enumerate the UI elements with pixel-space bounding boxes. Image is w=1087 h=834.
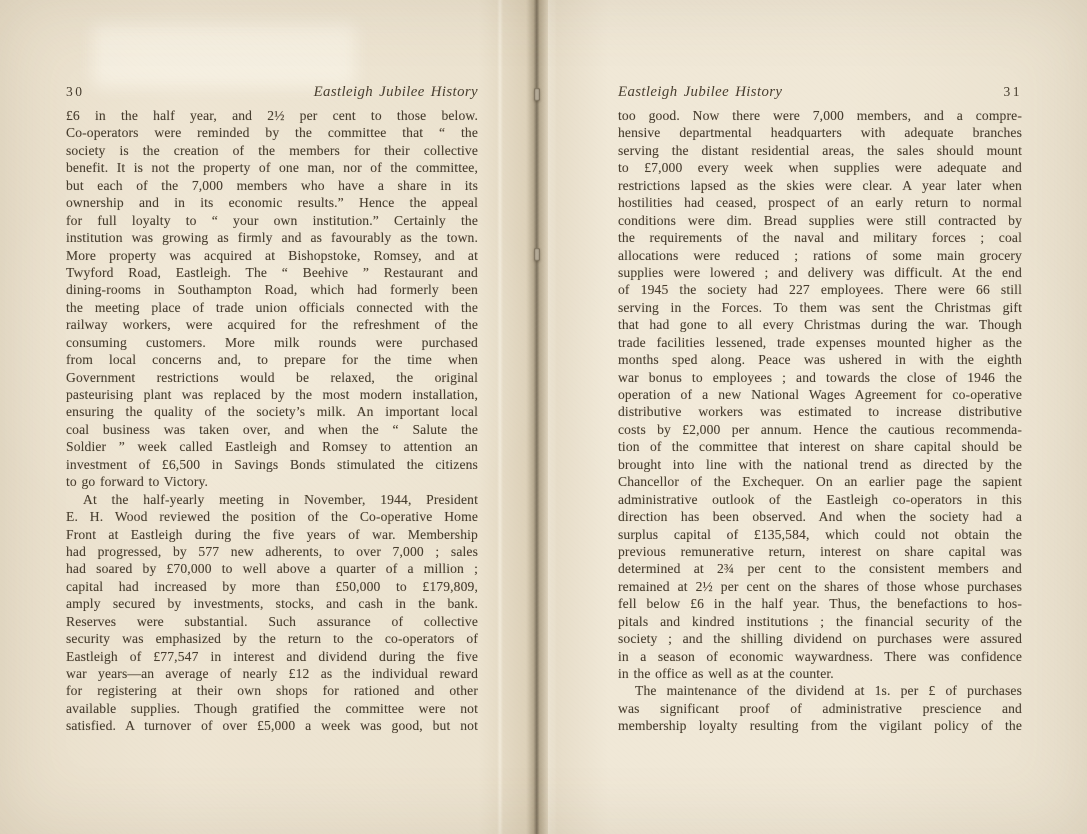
text-line: available supplies. Though gratified the… (66, 700, 478, 717)
text-line: E. H. Wood reviewed the position of the … (66, 508, 478, 525)
text-line: society is the creation of the members f… (66, 142, 478, 159)
text-line: ownership and in its economic results.” … (66, 194, 478, 211)
text-line: benefit. It is not the property of one m… (66, 159, 478, 176)
text-line: security was emphasized by the return to… (66, 630, 478, 647)
text-line: distributive workers was estimated to in… (618, 403, 1022, 420)
staple-mark-middle (534, 248, 540, 261)
text-line: Front at Eastleigh during the five years… (66, 526, 478, 543)
running-title-right: Eastleigh Jubilee History (618, 84, 782, 101)
text-line: capital had increased by more than £50,0… (66, 578, 478, 595)
page-number-right: 31 (1004, 84, 1023, 100)
text-line: to go forward to Victory. (66, 473, 478, 490)
text-line: coal business was taken over, and when t… (66, 421, 478, 438)
text-line: Chancellor of the Exchequer. On an earli… (618, 473, 1022, 490)
text-line: that had gone to all every Christmas dur… (618, 316, 1022, 333)
text-line: £6 in the half year, and 2½ per cent to … (66, 107, 478, 124)
text-line: ensuring the quality of the society’s mi… (66, 403, 478, 420)
text-line: serving the distant residential areas, t… (618, 142, 1022, 159)
page-crease-left (497, 0, 503, 834)
text-line: for full loyalty to “ your own instituti… (66, 212, 478, 229)
running-title-left: Eastleigh Jubilee History (314, 84, 478, 101)
text-line: hostilities had ceased, prospect of an e… (618, 194, 1022, 211)
book-spine-shadow (526, 0, 548, 834)
text-line: institution was growing as firmly and as… (66, 229, 478, 246)
text-line: in the office as well as at the counter. (618, 665, 1022, 682)
text-line: fell below £6 in the half year. Thus, th… (618, 595, 1022, 612)
text-line: the requirements of the naval and milita… (618, 229, 1022, 246)
text-line: pitals and kindred institutions ; the fi… (618, 613, 1022, 630)
text-line: determined at 2¾ per cent to the consist… (618, 560, 1022, 577)
text-line: consuming customers. More milk rounds we… (66, 334, 478, 351)
text-line: railway workers, were acquired for the r… (66, 316, 478, 333)
text-line: brought into line with the national tren… (618, 456, 1022, 473)
text-line: tion of the committee that interest on s… (618, 438, 1022, 455)
text-line: of 1945 the society had 227 employees. T… (618, 281, 1022, 298)
text-line: previous remunerative return, interest o… (618, 543, 1022, 560)
text-line: administrative outlook of the Eastleigh … (618, 491, 1022, 508)
text-line: hensive departmental headquarters with a… (618, 124, 1022, 141)
text-line: remained at 2½ per cent on the shares of… (618, 578, 1022, 595)
text-line: membership loyalty resulting from the vi… (618, 717, 1022, 734)
text-line: had soared by £70,000 to well above a qu… (66, 560, 478, 577)
text-line: More property was acquired at Bishopstok… (66, 247, 478, 264)
text-line: society ; and the shilling dividend on p… (618, 630, 1022, 647)
text-line: Twyford Road, Eastleigh. The “ Beehive ”… (66, 264, 478, 281)
page-right: Eastleigh Jubilee History 31 too good. N… (548, 0, 1087, 834)
book-scan: 30 Eastleigh Jubilee History £6 in the h… (0, 0, 1087, 834)
text-line: surplus capital of £135,584, which could… (618, 526, 1022, 543)
text-line: serving in the Forces. To them was sent … (618, 299, 1022, 316)
staple-mark-top (534, 88, 540, 101)
text-line: Soldier ” week called Eastleigh and Roms… (66, 438, 478, 455)
text-line: restrictions lapsed as the skies were cl… (618, 177, 1022, 194)
text-line: investment of £6,500 in Savings Bonds st… (66, 456, 478, 473)
text-line: satisfied. A turnover of over £5,000 a w… (66, 717, 478, 734)
text-line: conditions were dim. Bread supplies were… (618, 212, 1022, 229)
text-line: Eastleigh of £77,547 in interest and div… (66, 648, 478, 665)
text-line: pasteurising plant was replaced by the m… (66, 386, 478, 403)
text-line: operation of a new National Wages Agreem… (618, 386, 1022, 403)
running-head-left: 30 Eastleigh Jubilee History (66, 84, 478, 101)
text-line: too good. Now there were 7,000 members, … (618, 107, 1022, 124)
text-line: amply secured by investments, stocks, an… (66, 595, 478, 612)
page-number-left: 30 (66, 84, 85, 100)
text-line: was significant proof of administrative … (618, 700, 1022, 717)
text-line: had progressed, by 577 new adherents, to… (66, 543, 478, 560)
text-line: the meeting place of trade union officia… (66, 299, 478, 316)
text-line: supplies were lowered ; and delivery was… (618, 264, 1022, 281)
page-left: 30 Eastleigh Jubilee History £6 in the h… (0, 0, 527, 834)
text-line: direction has been observed. And when th… (618, 508, 1022, 525)
text-line: trade facilities lessened, trade expense… (618, 334, 1022, 351)
text-line: dining-rooms in Southampton Road, which … (66, 281, 478, 298)
running-head-right: Eastleigh Jubilee History 31 (618, 84, 1022, 101)
text-line: to £7,000 every week when supplies were … (618, 159, 1022, 176)
text-line: allocations were reduced ; rations of so… (618, 247, 1022, 264)
text-block-left: £6 in the half year, and 2½ per cent to … (66, 107, 478, 735)
text-line: Co-operators were reminded by the commit… (66, 124, 478, 141)
text-line: in a season of economic waywardness. The… (618, 648, 1022, 665)
text-line: At the half-yearly meeting in November, … (66, 491, 478, 508)
text-line: war years—an average of nearly £12 as th… (66, 665, 478, 682)
text-line: from local concerns and, to prepare for … (66, 351, 478, 368)
text-line: Government restrictions would be relaxed… (66, 369, 478, 386)
text-line: months sped along. Peace was ushered in … (618, 351, 1022, 368)
text-line: but each of the 7,000 members who have a… (66, 177, 478, 194)
text-line: war bonus to employees ; and towards the… (618, 369, 1022, 386)
text-line: costs by £2,000 per annum. Hence the cau… (618, 421, 1022, 438)
text-block-right: too good. Now there were 7,000 members, … (618, 107, 1022, 735)
text-line: Reserves were substantial. Such assuranc… (66, 613, 478, 630)
text-line: The maintenance of the dividend at 1s. p… (618, 682, 1022, 699)
text-line: for registering at their own shops for r… (66, 682, 478, 699)
